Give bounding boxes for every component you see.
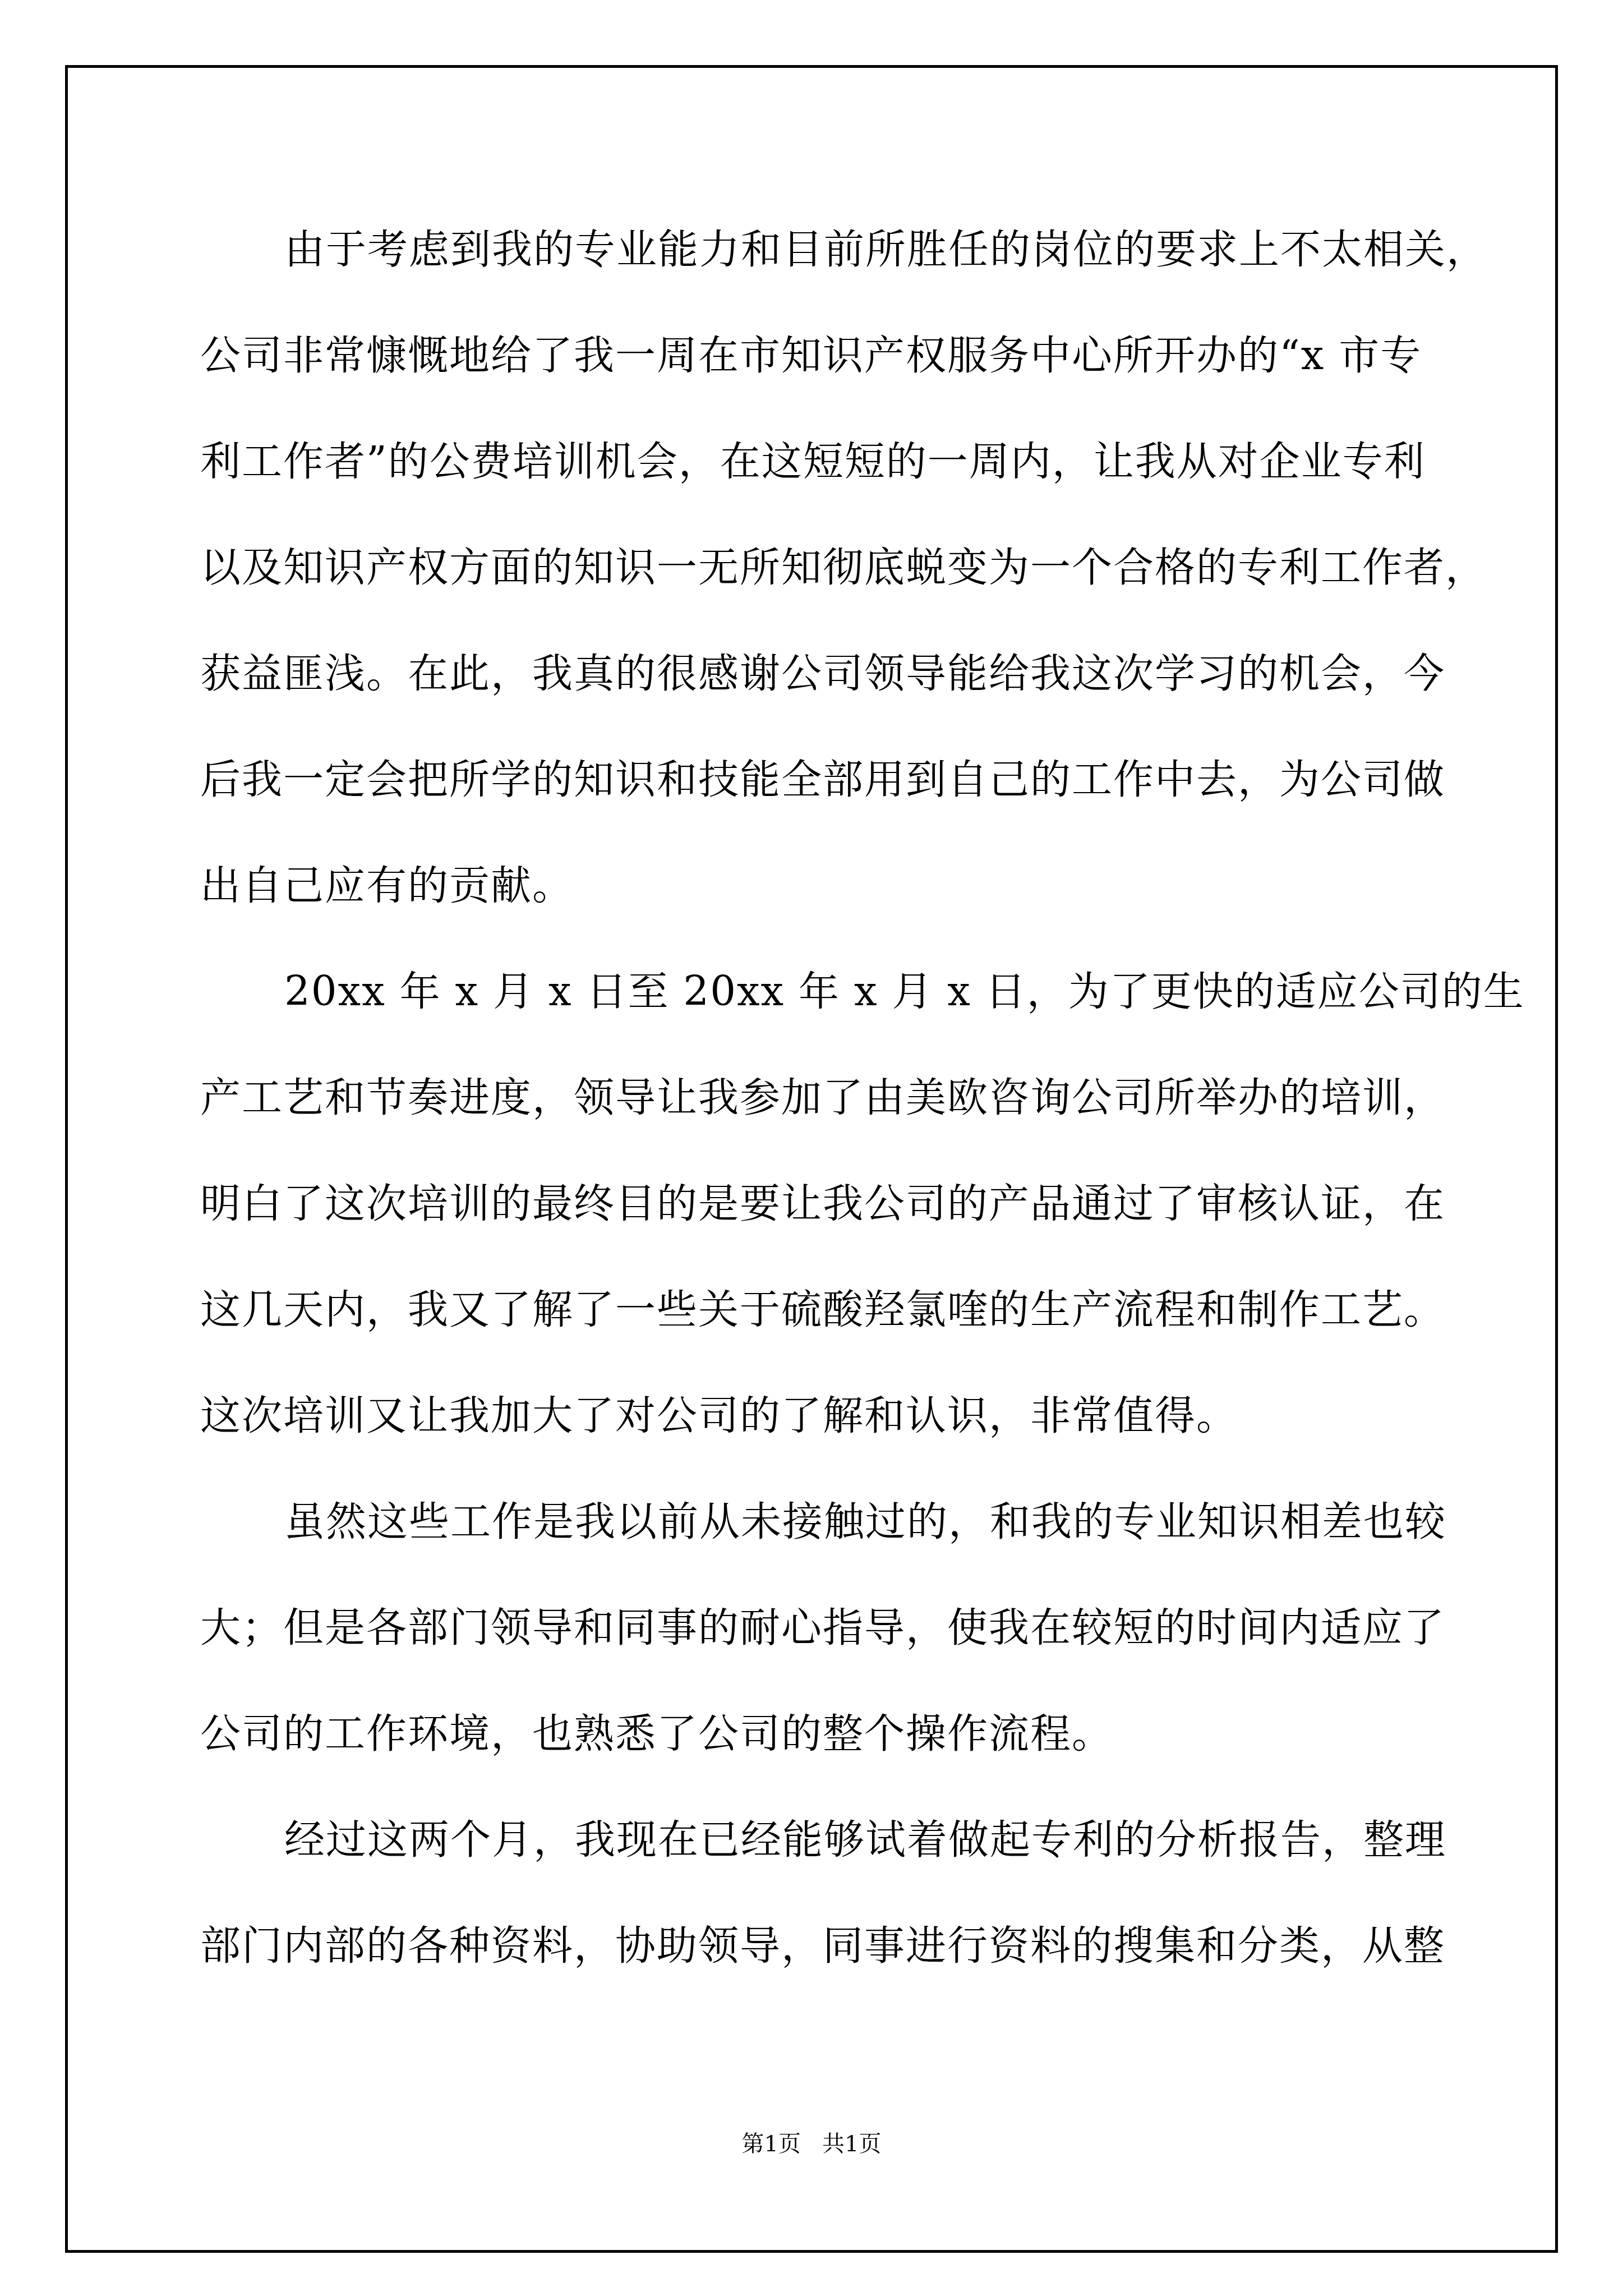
- text-line: 公司非常慷慨地给了我一周在市知识产权服务中心所开办的“x 市专: [200, 302, 1434, 408]
- text-line: 以及知识产权方面的知识一无所知彻底蜕变为一个合格的专利工作者，: [200, 514, 1434, 620]
- text-line: 这几天内，我又了解了一些关于硫酸羟氯喹的生产流程和制作工艺。: [200, 1257, 1434, 1363]
- text-line: 公司的工作环境，也熟悉了公司的整个操作流程。: [200, 1681, 1434, 1787]
- text-line: 虽然这些工作是我以前从未接触过的，和我的专业知识相差也较: [200, 1469, 1434, 1575]
- text-line: 经过这两个月，我现在已经能够试着做起专利的分析报告，整理: [200, 1787, 1434, 1893]
- text-line: 利工作者”的公费培训机会，在这短短的一周内，让我从对企业专利: [200, 408, 1434, 514]
- paragraph-4: 经过这两个月，我现在已经能够试着做起专利的分析报告，整理 部门内部的各种资料，协…: [200, 1787, 1434, 1999]
- page-number-footer: 第1页 共1页: [0, 2129, 1623, 2159]
- text-line: 大；但是各部门领导和同事的耐心指导，使我在较短的时间内适应了: [200, 1575, 1434, 1681]
- text-line: 由于考虑到我的专业能力和目前所胜任的岗位的要求上不太相关，: [200, 196, 1434, 302]
- text-line: 20xx 年 x 月 x 日至 20xx 年 x 月 x 日，为了更快的适应公司…: [200, 938, 1434, 1045]
- document-body: 由于考虑到我的专业能力和目前所胜任的岗位的要求上不太相关， 公司非常慷慨地给了我…: [200, 196, 1434, 1999]
- text-line: 出自己应有的贡献。: [200, 832, 1434, 938]
- paragraph-2: 20xx 年 x 月 x 日至 20xx 年 x 月 x 日，为了更快的适应公司…: [200, 938, 1434, 1469]
- text-line: 产工艺和节奏进度，领导让我参加了由美欧咨询公司所举办的培训，: [200, 1045, 1434, 1151]
- text-line: 明白了这次培训的最终目的是要让我公司的产品通过了审核认证，在: [200, 1151, 1434, 1257]
- text-line: 后我一定会把所学的知识和技能全部用到自己的工作中去，为公司做: [200, 726, 1434, 832]
- text-line: 部门内部的各种资料，协助领导，同事进行资料的搜集和分类，从整: [200, 1893, 1434, 1999]
- paragraph-3: 虽然这些工作是我以前从未接触过的，和我的专业知识相差也较 大；但是各部门领导和同…: [200, 1469, 1434, 1787]
- text-line: 获益匪浅。在此，我真的很感谢公司领导能给我这次学习的机会，今: [200, 620, 1434, 726]
- text-line: 这次培训又让我加大了对公司的了解和认识，非常值得。: [200, 1363, 1434, 1469]
- paragraph-1: 由于考虑到我的专业能力和目前所胜任的岗位的要求上不太相关， 公司非常慷慨地给了我…: [200, 196, 1434, 938]
